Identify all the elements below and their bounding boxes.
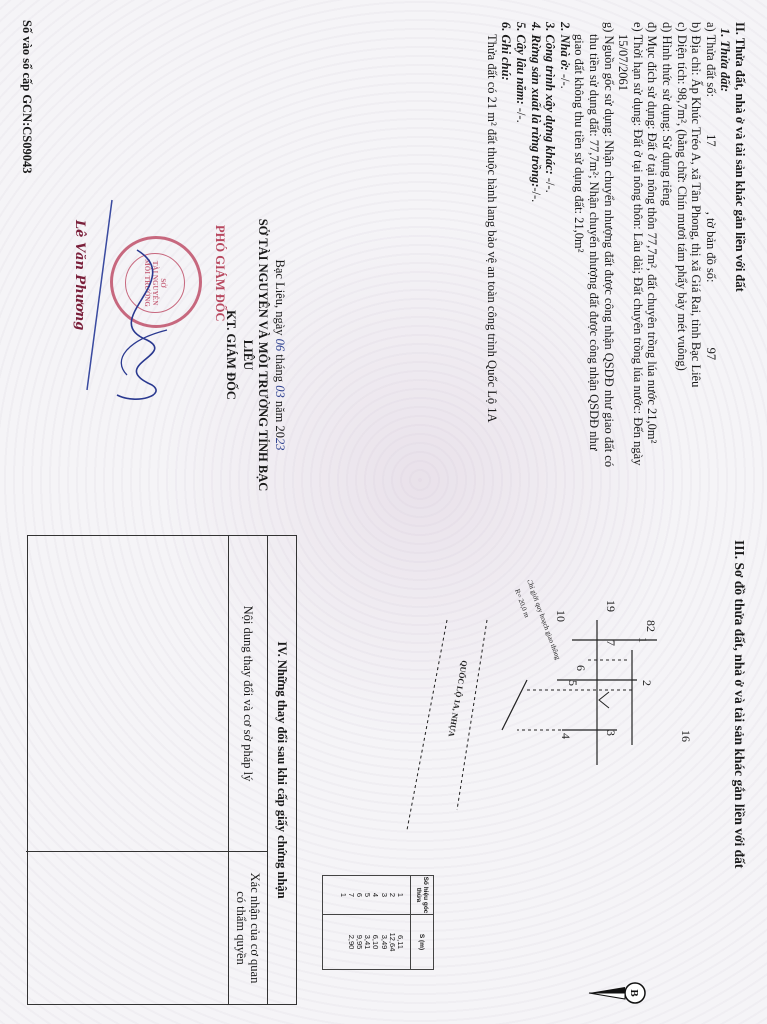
perennial-row: 5. Cây lâu năm: -/-. — [514, 22, 529, 492]
edge-table-vertex: 7 — [347, 876, 355, 914]
issuing-organization: SỞ TÀI NGUYÊN VÀ MÔI TRƯỜNG TỈNH BẠC LIÊ… — [240, 210, 270, 500]
perennial-label: 5. Cây lâu năm: — [514, 22, 528, 105]
neighbor-82: 82 — [644, 620, 658, 632]
month-label: tháng — [273, 354, 287, 382]
vertex-1: 1 — [636, 637, 650, 643]
neighbor-16: 16 — [679, 730, 693, 742]
notes-text: Thửa đất có 21 m² đất thuộc hành lang bả… — [484, 22, 499, 492]
other-construction-row: 3. Công trình xây dựng khác: -/-. — [543, 22, 558, 492]
parcel-number: 17 — [704, 134, 718, 147]
other-construction-value: -/-. — [543, 178, 557, 193]
handwritten-signature — [77, 190, 207, 420]
edge-table-vertex: 5 — [363, 876, 371, 914]
ledger-label: Số vào sổ cấp GCN: — [20, 20, 34, 126]
usage-term: e) Thời hạn sử dụng: Đất ở tại nông thôn… — [630, 22, 645, 492]
change-content-cell — [26, 536, 228, 852]
vertex-7: 7 — [604, 640, 618, 646]
area: c) Diện tích: 98,7m², (bằng chữ: Chín mư… — [674, 22, 689, 492]
changes-table-header: Nội dung thay đổi và cơ sở pháp lý Xác n… — [228, 536, 267, 1004]
edge-table-vertex: 4 — [371, 876, 379, 914]
parcel-number-label: a) Thửa đất số: — [704, 22, 718, 97]
usage-purpose: đ) Mục đích sử dụng: Đất ở tại nông thôn… — [645, 22, 660, 492]
origin-line-3: giao đất không thu tiền sử dụng đất: 21,… — [572, 22, 587, 492]
edge-table-length: 2,90 — [347, 915, 355, 969]
length-column: 6,1112,643,496,103,419,952,90 — [322, 915, 410, 969]
section-parcel-info: II. Thửa đất, nhà ở và tài sản khác gắn … — [484, 22, 747, 492]
parcel-heading: 1. Thửa đất: — [718, 22, 733, 492]
year-label: năm 20 — [273, 401, 287, 438]
header-vertex: Số hiệu góc thửa — [411, 876, 433, 915]
ledger-value: CS09043 — [20, 126, 34, 173]
forest-value: -/-. — [529, 187, 543, 202]
edge-table-length: 6,11 — [396, 915, 404, 969]
edge-table-vertex: 1 — [396, 876, 404, 914]
vertex-column: 12345671 — [322, 876, 410, 915]
map-sheet-label: , tờ bản đồ số: — [704, 212, 718, 283]
issue-date: Bạc Liêu, ngày 06 tháng 03 năm 2023 — [272, 210, 287, 500]
north-label: B — [628, 989, 640, 997]
parcel-number-row: a) Thửa đất số: 17 , tờ bản đồ số: 97 — [703, 22, 718, 492]
header-change-content: Nội dung thay đổi và cơ sở pháp lý — [229, 536, 267, 852]
notes-label: 6. Ghi chú: — [499, 22, 514, 492]
other-construction-label: 3. Công trình xây dựng khác: — [543, 22, 557, 175]
header-confirmation: Xác nhận của cơ quancó thẩm quyền — [229, 852, 267, 1004]
deputy-title: PHÓ GIÁM ĐỐC — [212, 225, 227, 322]
ledger-number: Số vào sổ cấp GCN:CS09043 — [19, 20, 34, 174]
neighbor-10: 10 — [554, 610, 568, 622]
confirmation-cell — [26, 852, 228, 1004]
edge-table-vertex: 6 — [355, 876, 363, 914]
header-confirmation-line-1: Xác nhận của cơ quan — [248, 873, 262, 984]
edge-table-vertex: 3 — [379, 876, 387, 914]
edge-table-vertex: 2 — [388, 876, 396, 914]
road-label: QUỐC LỘ 1A, NHỰA — [447, 660, 470, 738]
issue-day: 06 — [273, 339, 287, 352]
origin-line-1: g) Nguồn gốc sử dụng: Nhận chuyển nhượng… — [601, 22, 616, 492]
edge-table-header: Số hiệu góc thửa S (m) — [410, 876, 433, 969]
edge-table-length — [338, 915, 346, 969]
usage-form: d) Hình thức sử dụng: Sử dụng riêng — [659, 22, 674, 492]
forest-row: 4. Rừng sản xuất là rừng trồng:-/-. — [528, 22, 543, 492]
north-arrow-icon: B — [587, 978, 647, 1008]
edge-table-length: 6,10 — [371, 915, 379, 969]
issue-month: 03 — [273, 385, 287, 398]
section4-heading: IV. Những thay đổi sau khi cấp giấy chứn… — [267, 536, 296, 1004]
date-prefix: Bạc Liêu, ngày — [273, 260, 287, 336]
issue-year: 23 — [273, 438, 287, 451]
edge-length-table: Số hiệu góc thửa S (m) 12345671 6,1112,6… — [322, 875, 434, 970]
vertex-6: 6 — [574, 665, 588, 671]
header-length: S (m) — [411, 915, 433, 969]
origin-line-2: thu tiền sử dụng đất: 77,7m²; Nhận chuyể… — [586, 22, 601, 492]
parcel-diagram: 1 2 3 4 5 6 7 82 19 10 16 QUỐC LỘ 1A, NH… — [397, 580, 727, 880]
map-sheet-number: 97 — [704, 348, 718, 361]
vertex-5: 5 — [566, 680, 580, 686]
certificate-page: II. Thửa đất, nhà ở và tài sản khác gắn … — [0, 0, 767, 1024]
address: b) Địa chỉ: Ấp Khúc Tréo A, xã Tân Phong… — [689, 22, 704, 492]
neighbor-19: 19 — [604, 600, 618, 612]
signature-block: Bạc Liêu, ngày 06 tháng 03 năm 2023 SỞ T… — [223, 210, 287, 500]
perennial-value: -/-. — [514, 108, 528, 123]
signer-name: Lê Văn Phương — [72, 220, 87, 330]
corridor-radius: R= 20,0 m — [513, 588, 531, 619]
edge-table-length: 3,41 — [363, 915, 371, 969]
changes-table: IV. Những thay đổi sau khi cấp giấy chứn… — [27, 535, 297, 1005]
section2-heading: II. Thửa đất, nhà ở và tài sản khác gắn … — [732, 22, 747, 492]
vertex-2: 2 — [640, 680, 654, 686]
position-title: GIÁM ĐỐC — [224, 334, 238, 400]
house-row: 2. Nhà ở: -/-. — [557, 22, 572, 492]
house-label: 2. Nhà ở: — [558, 22, 572, 71]
forest-label: 4. Rừng sản xuất là rừng trồng: — [529, 22, 543, 187]
header-confirmation-line-2: có thẩm quyền — [234, 873, 248, 984]
edge-table-length: 9,95 — [355, 915, 363, 969]
edge-table-length: 12,64 — [388, 915, 396, 969]
edge-table-vertex: 1 — [338, 876, 346, 914]
vertex-4: 4 — [559, 733, 573, 739]
vertex-3: 3 — [604, 730, 618, 736]
edge-table-body: 12345671 6,1112,643,496,103,419,952,90 — [322, 876, 410, 969]
changes-table-body — [26, 536, 228, 1004]
edge-table-length: 3,49 — [379, 915, 387, 969]
section3-heading: III. Sơ đồ thửa đất, nhà ở và tài sản kh… — [731, 540, 747, 868]
house-value: -/-. — [558, 74, 572, 89]
usage-term-date: 15/07/2061 — [616, 22, 631, 492]
